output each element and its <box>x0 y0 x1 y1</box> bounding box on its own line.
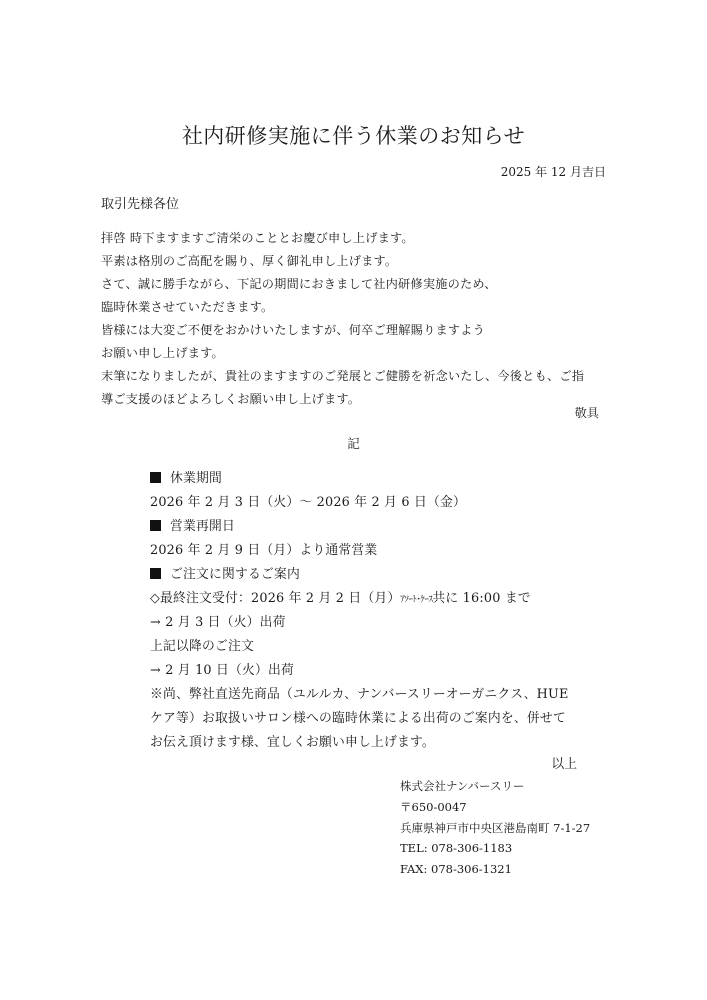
body-line: さて、誠に勝手ながら、下記の期間におきまして社内研修実施のため、 <box>101 275 497 292</box>
body-line: 平素は格別のご高配を賜り、厚く御礼申し上げます。 <box>101 252 397 269</box>
document-date: 2025 年 12 月吉日 <box>501 163 606 180</box>
company-name: 株式会社ナンバースリー <box>400 778 525 794</box>
order-deadline-suffix: 共に 16:00 まで <box>432 591 530 606</box>
closure-heading-label: 休業期間 <box>170 471 222 486</box>
company-address: 兵庫県神戸市中央区港島南町 7-1-27 <box>400 820 590 836</box>
company-postal: 〒650-0047 <box>400 799 467 815</box>
ijou-closing: 以上 <box>551 753 577 772</box>
body-line: お願い申し上げます。 <box>101 344 224 361</box>
order-ship-1: → 2 月 3 日（火）出荷 <box>150 611 286 630</box>
order-deadline: ◇最終注文受付：2026 年 2 月 2 日（月）ｱｿｰﾄ･ｹｰｽ共に 16:0… <box>150 587 531 606</box>
note-line: お伝え頂けます様、宜しくお願い申し上げます。 <box>150 731 435 750</box>
order-after: 上記以降のご注文 <box>150 635 254 654</box>
order-deadline-small: ｱｿｰﾄ･ｹｰｽ <box>400 595 432 605</box>
closure-heading: 休業期間 <box>150 467 222 486</box>
square-bullet-icon <box>150 520 161 531</box>
order-heading: ご注文に関するご案内 <box>150 563 300 582</box>
reopen-date: 2026 年 2 月 9 日（月）より通常営業 <box>150 539 377 558</box>
ki-heading: 記 <box>0 434 707 452</box>
note-line: ケア等）お取扱いサロン様への臨時休業による出荷のご案内を、併せて <box>150 707 566 726</box>
order-deadline-prefix: ◇最終注文受付：2026 年 2 月 2 日（月） <box>150 591 400 606</box>
body-line: 臨時休業させていただきます。 <box>101 298 273 315</box>
document-page: 社内研修実施に伴う休業のお知らせ 2025 年 12 月吉日 取引先様各位 拝啓… <box>0 0 707 1000</box>
square-bullet-icon <box>150 568 161 579</box>
document-title: 社内研修実施に伴う休業のお知らせ <box>0 120 707 150</box>
keigu-closing: 敬具 <box>575 404 599 421</box>
reopen-heading: 営業再開日 <box>150 515 235 534</box>
order-heading-label: ご注文に関するご案内 <box>170 567 300 582</box>
body-line: 皆様には大変ご不便をおかけいたしますが、何卒ご理解賜りますよう <box>101 321 485 338</box>
note-line: ※尚、弊社直送先商品（ユルルカ、ナンバースリーオーガニクス、HUE <box>150 683 569 702</box>
closure-period: 2026 年 2 月 3 日（火）～ 2026 年 2 月 6 日（金） <box>150 491 466 510</box>
reopen-heading-label: 営業再開日 <box>170 519 235 534</box>
addressee: 取引先様各位 <box>101 193 179 212</box>
square-bullet-icon <box>150 472 161 483</box>
body-line: 導ご支援のほどよろしくお願い申し上げます。 <box>101 390 360 407</box>
body-line: 拝啓 時下ますますご清栄のこととお慶び申し上げます。 <box>101 229 414 246</box>
company-tel: TEL: 078-306-1183 <box>400 841 512 855</box>
order-ship-2: → 2 月 10 日（火）出荷 <box>150 659 294 678</box>
body-line: 末筆になりましたが、貴社のますますのご発展とご健勝を祈念いたし、今後とも、ご指 <box>101 367 584 384</box>
company-fax: FAX: 078-306-1321 <box>400 862 512 876</box>
